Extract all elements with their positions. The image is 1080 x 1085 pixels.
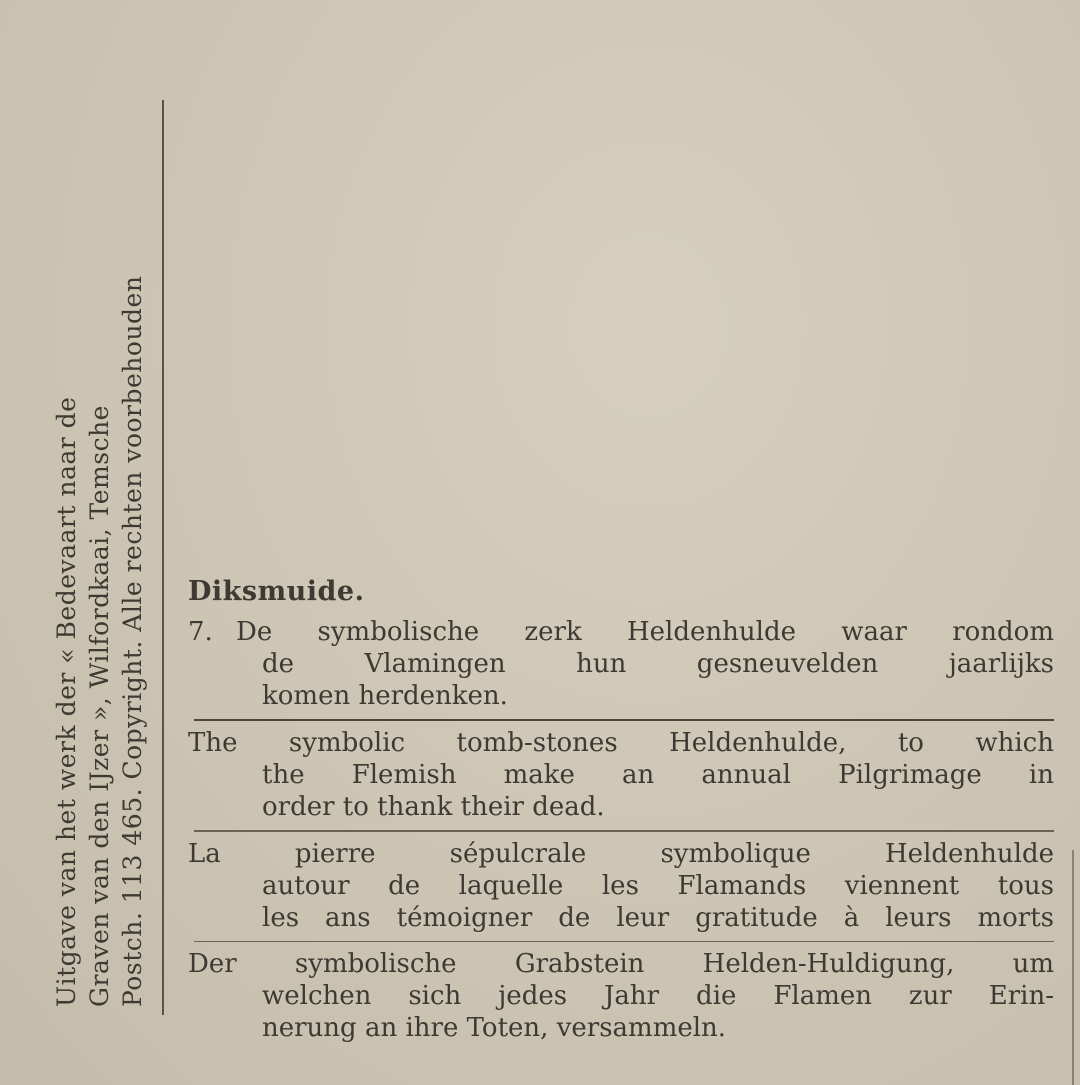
dutch-line-2: de Vlamingen hun gesneuvelden jaarlijks: [188, 648, 1068, 680]
publisher-line-2: Graven van den IJzer », Wilfordkaai, Tem…: [83, 100, 116, 1015]
divider: [194, 941, 1054, 943]
french-line-3: les ans témoigner de leur gratitude à le…: [188, 902, 1068, 934]
caption-german: Der symbolische Grabstein Helden-Huldigu…: [188, 946, 1068, 1048]
french-line-2: autour de laquelle les Flamands viennent…: [188, 870, 1068, 902]
publisher-line-1: Uitgave van het werk der « Bedevaart naa…: [50, 100, 83, 1015]
dutch-line-1: 7.De symbolische zerk Heldenhulde waar r…: [188, 616, 1068, 648]
caption-french: La pierre sépulcrale symbolique Heldenhu…: [188, 836, 1068, 938]
dutch-line-3: komen herdenken.: [188, 680, 1068, 712]
sidebar-divider: [162, 100, 164, 1015]
caption-english: The symbolic tomb-stones Heldenhulde, to…: [188, 725, 1068, 827]
publisher-line-3: Postch. 113 465. Copyright. Alle rechten…: [116, 100, 149, 1015]
card-edge: [1072, 850, 1074, 1085]
english-line-1: The symbolic tomb-stones Heldenhulde, to…: [188, 727, 1068, 759]
caption-number: 7.: [188, 616, 236, 648]
french-line-1: La pierre sépulcrale symbolique Heldenhu…: [188, 838, 1068, 870]
divider: [194, 830, 1054, 832]
german-line-2: welchen sich jedes Jahr die Flamen zur E…: [188, 980, 1068, 1012]
publisher-sidebar: Uitgave van het werk der « Bedevaart naa…: [50, 100, 160, 1015]
caption-title: Diksmuide.: [188, 576, 1068, 608]
english-line-3: order to thank their dead.: [188, 791, 1068, 823]
postcard-caption: Diksmuide. 7.De symbolische zerk Heldenh…: [188, 576, 1068, 1048]
caption-dutch: 7.De symbolische zerk Heldenhulde waar r…: [188, 614, 1068, 716]
german-line-3: nerung an ihre Toten, versammeln.: [188, 1012, 1068, 1044]
publisher-text-rotated: Uitgave van het werk der « Bedevaart naa…: [50, 100, 160, 1015]
german-line-1: Der symbolische Grabstein Helden-Huldigu…: [188, 948, 1068, 980]
english-line-2: the Flemish make an annual Pilgrimage in: [188, 759, 1068, 791]
divider: [194, 719, 1054, 721]
